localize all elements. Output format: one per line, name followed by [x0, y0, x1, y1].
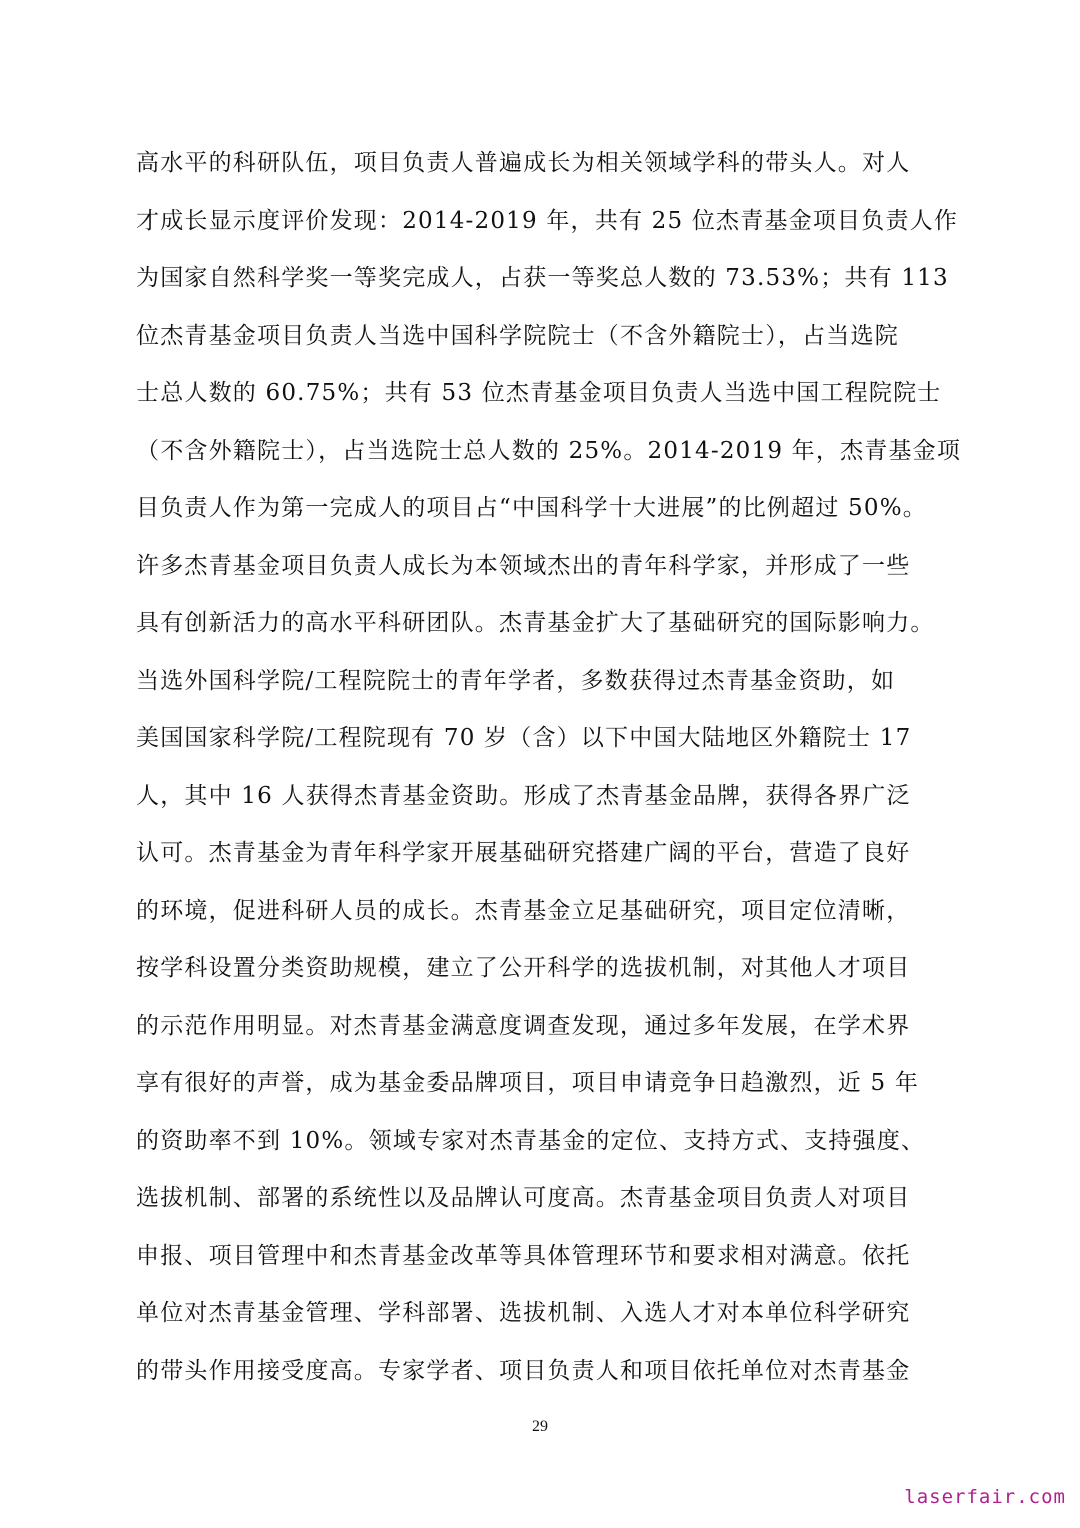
text-line: 申报、项目管理中和杰青基金改革等具体管理环节和要求相对满意。依托	[136, 1233, 956, 1291]
text-line: 士总人数的 60.75%；共有 53 位杰青基金项目负责人当选中国工程院院士	[136, 370, 956, 428]
text-line: （不含外籍院士），占当选院士总人数的 25%。2014-2019 年，杰青基金项	[136, 428, 956, 486]
page-number: 29	[0, 1418, 1080, 1436]
text-line: 美国国家科学院/工程院现有 70 岁（含）以下中国大陆地区外籍院士 17	[136, 715, 956, 773]
watermark: laserfair.com	[904, 1486, 1066, 1508]
text-line: 选拔机制、部署的系统性以及品牌认可度高。杰青基金项目负责人对项目	[136, 1175, 956, 1233]
text-line: 单位对杰青基金管理、学科部署、选拔机制、入选人才对本单位科学研究	[136, 1290, 956, 1348]
text-line: 的环境，促进科研人员的成长。杰青基金立足基础研究，项目定位清晰，	[136, 888, 956, 946]
text-line: 的资助率不到 10%。领域专家对杰青基金的定位、支持方式、支持强度、	[136, 1118, 956, 1176]
text-line: 的带头作用接受度高。专家学者、项目负责人和项目依托单位对杰青基金	[136, 1348, 956, 1406]
text-line: 才成长显示度评价发现：2014-2019 年，共有 25 位杰青基金项目负责人作	[136, 198, 956, 256]
text-line: 许多杰青基金项目负责人成长为本领域杰出的青年科学家，并形成了一些	[136, 543, 956, 601]
body-paragraph: 高水平的科研队伍，项目负责人普遍成长为相关领域学科的带头人。对人 才成长显示度评…	[136, 140, 956, 1405]
text-line: 的示范作用明显。对杰青基金满意度调查发现，通过多年发展，在学术界	[136, 1003, 956, 1061]
text-line: 享有很好的声誉，成为基金委品牌项目，项目申请竞争日趋激烈，近 5 年	[136, 1060, 956, 1118]
text-line: 为国家自然科学奖一等奖完成人，占获一等奖总人数的 73.53%；共有 113	[136, 255, 956, 313]
text-line: 按学科设置分类资助规模，建立了公开科学的选拔机制，对其他人才项目	[136, 945, 956, 1003]
text-line: 当选外国科学院/工程院院士的青年学者，多数获得过杰青基金资助，如	[136, 658, 956, 716]
text-line: 高水平的科研队伍，项目负责人普遍成长为相关领域学科的带头人。对人	[136, 140, 956, 198]
text-line: 人，其中 16 人获得杰青基金资助。形成了杰青基金品牌，获得各界广泛	[136, 773, 956, 831]
text-line: 位杰青基金项目负责人当选中国科学院院士（不含外籍院士），占当选院	[136, 313, 956, 371]
text-line: 具有创新活力的高水平科研团队。杰青基金扩大了基础研究的国际影响力。	[136, 600, 956, 658]
text-line: 目负责人作为第一完成人的项目占“中国科学十大进展”的比例超过 50%。	[136, 485, 956, 543]
text-line: 认可。杰青基金为青年科学家开展基础研究搭建广阔的平台，营造了良好	[136, 830, 956, 888]
document-page: 高水平的科研队伍，项目负责人普遍成长为相关领域学科的带头人。对人 才成长显示度评…	[0, 0, 1080, 1528]
